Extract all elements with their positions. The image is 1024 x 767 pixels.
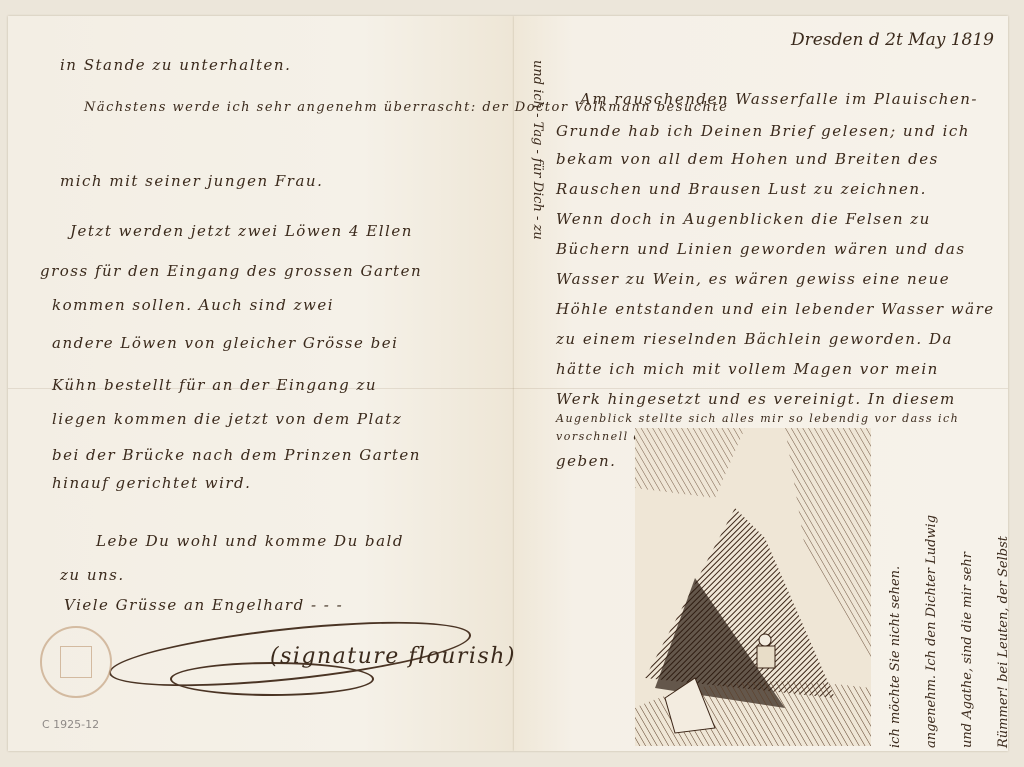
- right-line-8: Höhle entstanden und ein lebender Wasser…: [556, 300, 995, 318]
- right-line-5: Wenn doch in Augenblicken die Felsen zu: [556, 210, 931, 228]
- left-line-13: zu uns.: [60, 566, 125, 584]
- right-line-10: hätte ich mich mit vollem Magen vor mein: [556, 360, 939, 378]
- side-note-line-1: Rümmer! bei Leuten, der Selbst: [996, 536, 1011, 748]
- grotto-sketch: [635, 428, 871, 746]
- right-line-2: Grunde hab ich Deinen Brief gelesen; und…: [556, 122, 970, 140]
- side-note-line-3: angenehm. Ich den Dichter Ludwig: [924, 515, 939, 748]
- left-line-5: gross für den Eingang des grossen Garten: [40, 262, 422, 280]
- date-line: Dresden d 2t May 1819: [791, 30, 994, 50]
- left-line-1: in Stande zu unterhalten.: [60, 56, 291, 74]
- right-line-12: Augenblick stellte sich alles mir so leb…: [556, 412, 959, 425]
- side-note-line-4: ich möchte Sie nicht sehen.: [888, 566, 903, 748]
- right-line-7: Wasser zu Wein, es wären gewiss eine neu…: [556, 270, 950, 288]
- left-line-3: mich mit seiner jungen Frau.: [60, 172, 323, 190]
- right-line-11: Werk hingesetzt und es vereinigt. In die…: [556, 390, 956, 408]
- left-line-9: liegen kommen die jetzt von dem Platz: [52, 410, 402, 428]
- right-line-4: Rauschen und Brausen Lust zu zeichnen.: [556, 180, 927, 198]
- left-line-8: Kühn bestellt für an der Eingang zu: [52, 376, 377, 394]
- left-line-12: Lebe Du wohl und komme Du bald: [96, 532, 404, 550]
- right-line-6: Büchern und Linien geworden wären und da…: [556, 240, 966, 258]
- left-line-10: bei der Brücke nach dem Prinzen Garten: [52, 446, 421, 464]
- catalog-number: C 1925-12: [42, 718, 99, 731]
- right-line-9: zu einem rieselnden Bächlein geworden. D…: [556, 330, 953, 348]
- left-line-6: kommen sollen. Auch sind zwei: [52, 296, 334, 314]
- right-line-14: geben.: [556, 452, 616, 470]
- left-line-4: Jetzt werden jetzt zwei Löwen 4 Ellen: [70, 222, 413, 240]
- grotto-drawing-icon: [635, 428, 871, 746]
- margin-note-vertical: und ich ‑ Tag ‑ für Dich ‑ zu: [530, 60, 545, 240]
- signature: (signature flourish): [270, 644, 516, 669]
- left-line-14: Viele Grüsse an Engelhard ‑ ‑ ‑: [64, 596, 343, 614]
- collection-stamp: [40, 626, 112, 698]
- side-note-line-2: und Agathe, sind die mir sehr: [960, 552, 975, 748]
- right-line-1: Am rauschenden Wasserfalle im Plauischen…: [580, 90, 978, 108]
- left-line-11: hinauf gerichtet wird.: [52, 474, 251, 492]
- left-line-7: andere Löwen von gleicher Grösse bei: [52, 334, 398, 352]
- right-line-3: bekam von all dem Hohen und Breiten des: [556, 150, 939, 168]
